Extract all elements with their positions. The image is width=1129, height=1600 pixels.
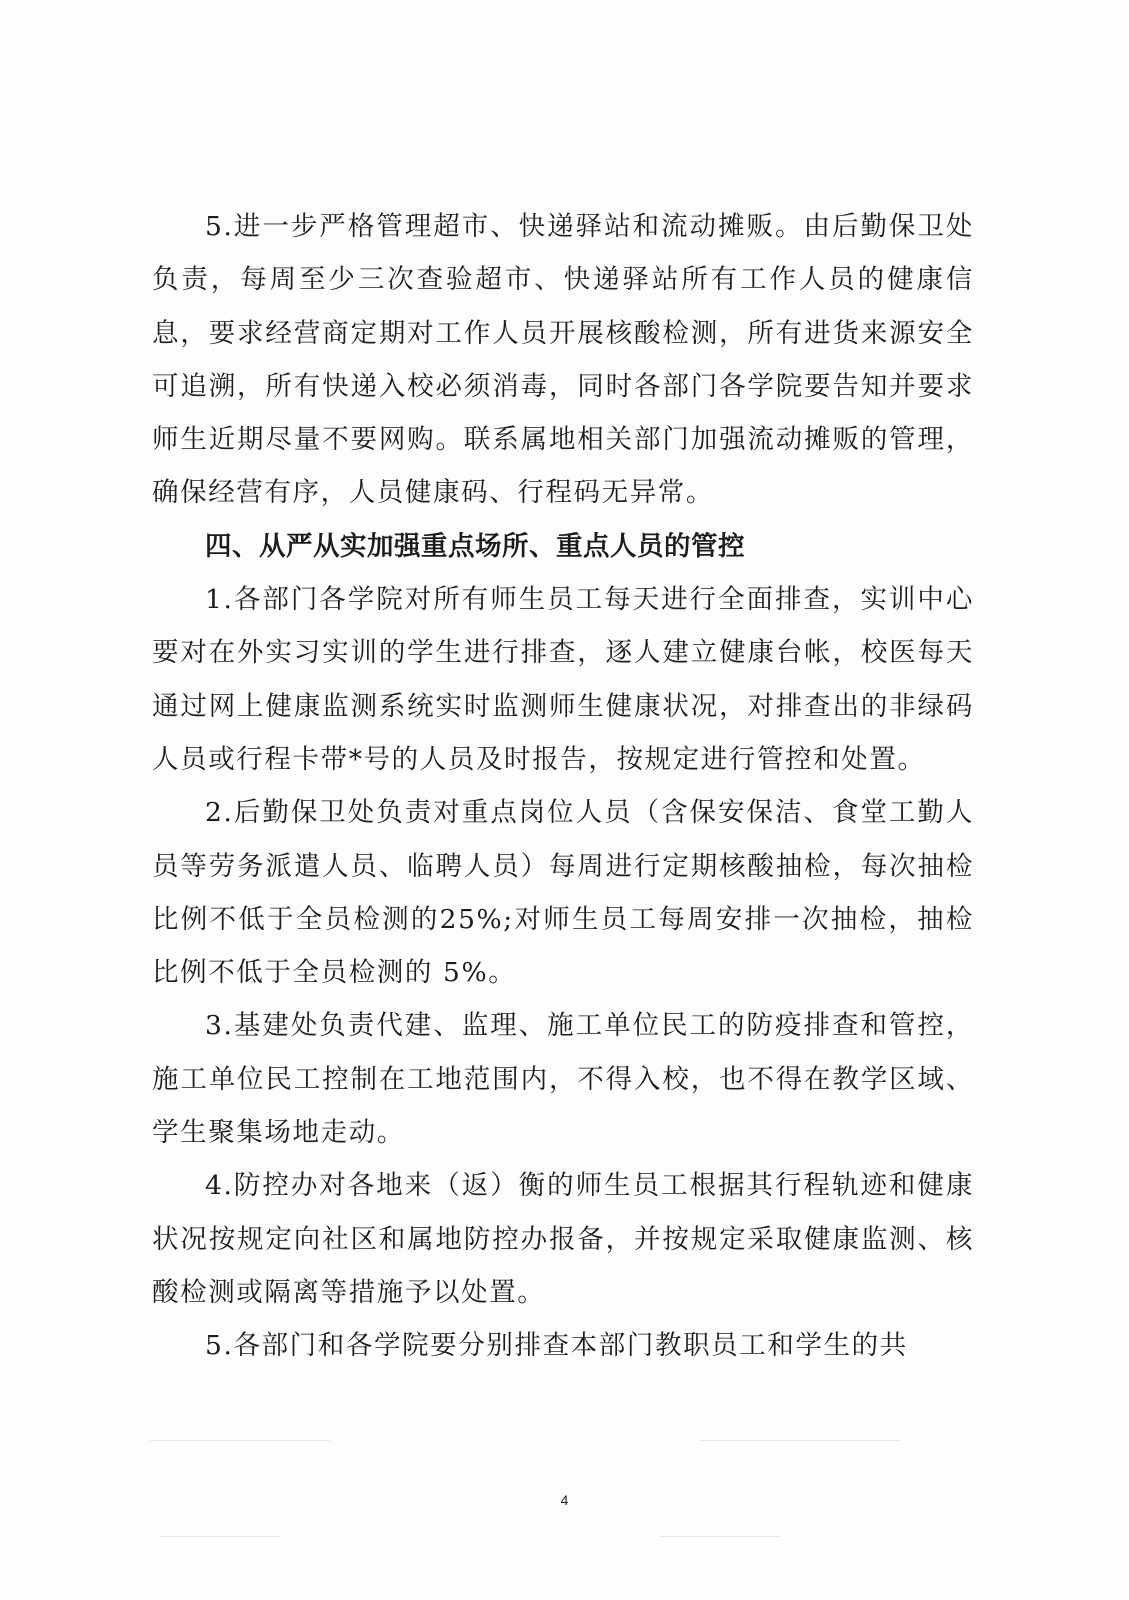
paragraph-item3-construction-workers: 3.基建处负责代建、监理、施工单位民工的防疫排查和管控，施工单位民工控制在工地范… bbox=[152, 999, 974, 1159]
paragraph-item5-supermarket-express: 5.进一步严格管理超市、快递驿站和流动摊贩。由后勤保卫处负责，每周至少三次查验超… bbox=[152, 200, 974, 520]
paragraph-item4-returnee-reporting: 4.防控办对各地来（返）衡的师生员工根据其行程轨迹和健康状况按规定向社区和属地防… bbox=[152, 1159, 974, 1319]
page-number: 4 bbox=[0, 1492, 1129, 1508]
document-page: 5.进一步严格管理超市、快递驿站和流动摊贩。由后勤保卫处负责，每周至少三次查验超… bbox=[0, 0, 1129, 1600]
scan-artifact-line bbox=[150, 1440, 330, 1441]
scan-artifact-line bbox=[660, 1536, 780, 1537]
document-body: 5.进一步严格管理超市、快递驿站和流动摊贩。由后勤保卫处负责，每周至少三次查验超… bbox=[152, 200, 974, 1373]
scan-artifact-line bbox=[700, 1440, 900, 1441]
paragraph-item2-key-personnel-testing: 2.后勤保卫处负责对重点岗位人员（含保安保洁、食堂工勤人员等劳务派遣人员、临聘人… bbox=[152, 786, 974, 999]
paragraph-item1-daily-screening: 1.各部门各学院对所有师生员工每天进行全面排查，实训中心要对在外实习实训的学生进… bbox=[152, 573, 974, 786]
scan-artifact-line bbox=[160, 1536, 280, 1537]
section-heading-4: 四、从严从实加强重点场所、重点人员的管控 bbox=[152, 520, 974, 573]
paragraph-item5-department-screening: 5.各部门和各学院要分别排查本部门教职员工和学生的共 bbox=[152, 1319, 974, 1372]
